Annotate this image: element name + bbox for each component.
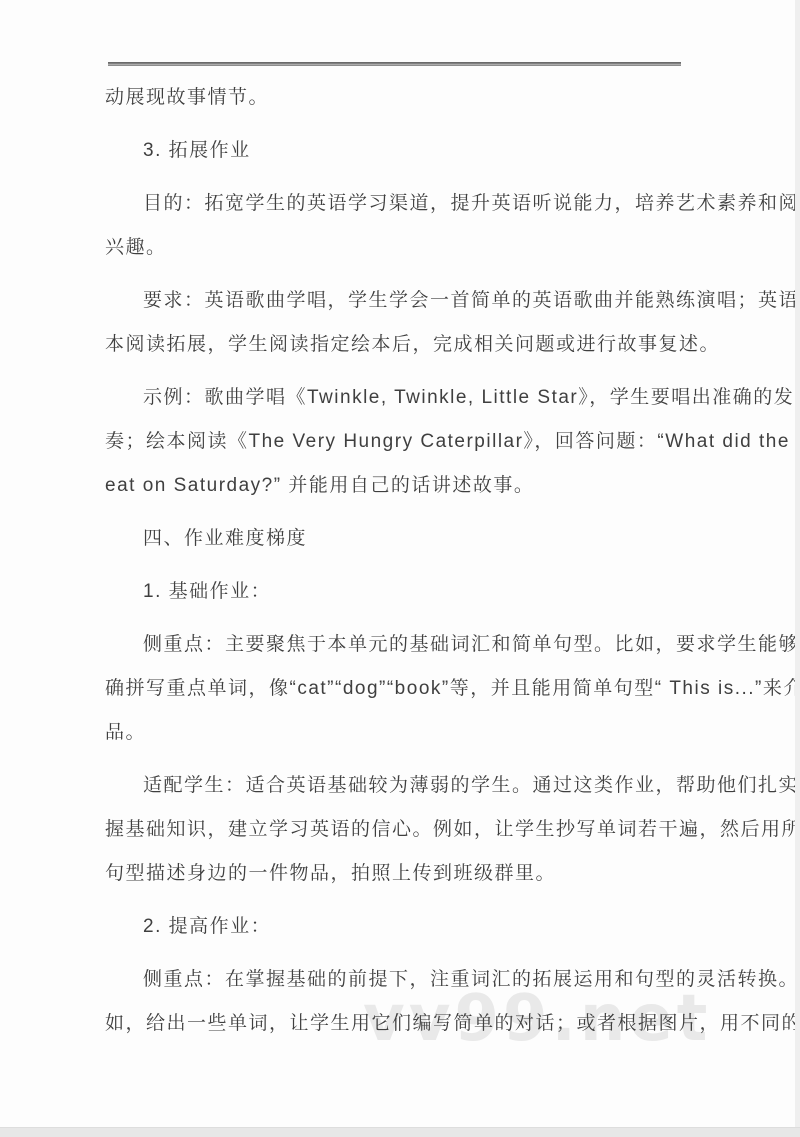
text-line: 要求：英语歌曲学唱，学生学会一首简单的英语歌曲并能熟练演唱；英语绘 — [105, 279, 697, 323]
text-line: 确拼写重点单词，像“cat”“dog”“book”等，并且能用简单句型“ Thi… — [105, 667, 697, 711]
document-body: 动展现故事情节。3. 拓展作业目的：拓宽学生的英语学习渠道，提升英语听说能力，培… — [105, 76, 697, 1046]
paragraph: 侧重点：主要聚焦于本单元的基础词汇和简单句型。比如，要求学生能够准确拼写重点单词… — [105, 623, 697, 755]
paragraph: 示例：歌曲学唱《Twinkle, Twinkle, Little Star》，学… — [105, 376, 697, 508]
header-separator-line — [108, 62, 681, 66]
text-line: eat on Saturday?” 并能用自己的话讲述故事。 — [105, 464, 697, 508]
page-right-edge — [795, 0, 800, 1137]
page-bottom-edge — [0, 1127, 800, 1137]
text-line: 奏；绘本阅读《The Very Hungry Caterpillar》，回答问题… — [105, 420, 697, 464]
text-line: 四、作业难度梯度 — [105, 517, 697, 561]
text-line: 握基础知识，建立学习英语的信心。例如，让学生抄写单词若干遍，然后用所学 — [105, 808, 697, 852]
paragraph: 目的：拓宽学生的英语学习渠道，提升英语听说能力，培养艺术素养和阅读兴趣。 — [105, 182, 697, 270]
text-line: 侧重点：主要聚焦于本单元的基础词汇和简单句型。比如，要求学生能够准 — [105, 623, 697, 667]
text-line: 动展现故事情节。 — [105, 76, 697, 120]
text-line: 如，给出一些单词，让学生用它们编写简单的对话；或者根据图片，用不同的句 — [105, 1002, 697, 1046]
text-line: 1. 基础作业： — [105, 570, 697, 614]
text-line: 3. 拓展作业 — [105, 129, 697, 173]
text-line: 品。 — [105, 711, 697, 755]
text-line: 适配学生：适合英语基础较为薄弱的学生。通过这类作业，帮助他们扎实掌 — [105, 764, 697, 808]
text-line: 目的：拓宽学生的英语学习渠道，提升英语听说能力，培养艺术素养和阅读 — [105, 182, 697, 226]
paragraph: 要求：英语歌曲学唱，学生学会一首简单的英语歌曲并能熟练演唱；英语绘本阅读拓展，学… — [105, 279, 697, 367]
paragraph: 3. 拓展作业 — [105, 129, 697, 173]
paragraph: 1. 基础作业： — [105, 570, 697, 614]
paragraph: 侧重点：在掌握基础的前提下，注重词汇的拓展运用和句型的灵活转换。比如，给出一些单… — [105, 958, 697, 1046]
text-line: 示例：歌曲学唱《Twinkle, Twinkle, Little Star》，学… — [105, 376, 697, 420]
document-page: vv99.net 动展现故事情节。3. 拓展作业目的：拓宽学生的英语学习渠道，提… — [0, 0, 800, 1137]
text-line: 本阅读拓展，学生阅读指定绘本后，完成相关问题或进行故事复述。 — [105, 323, 697, 367]
text-line: 兴趣。 — [105, 226, 697, 270]
text-line: 2. 提高作业： — [105, 905, 697, 949]
paragraph: 四、作业难度梯度 — [105, 517, 697, 561]
text-line: 句型描述身边的一件物品，拍照上传到班级群里。 — [105, 852, 697, 896]
paragraph: 适配学生：适合英语基础较为薄弱的学生。通过这类作业，帮助他们扎实掌握基础知识，建… — [105, 764, 697, 896]
text-line: 侧重点：在掌握基础的前提下，注重词汇的拓展运用和句型的灵活转换。比 — [105, 958, 697, 1002]
paragraph: 动展现故事情节。 — [105, 76, 697, 120]
paragraph: 2. 提高作业： — [105, 905, 697, 949]
